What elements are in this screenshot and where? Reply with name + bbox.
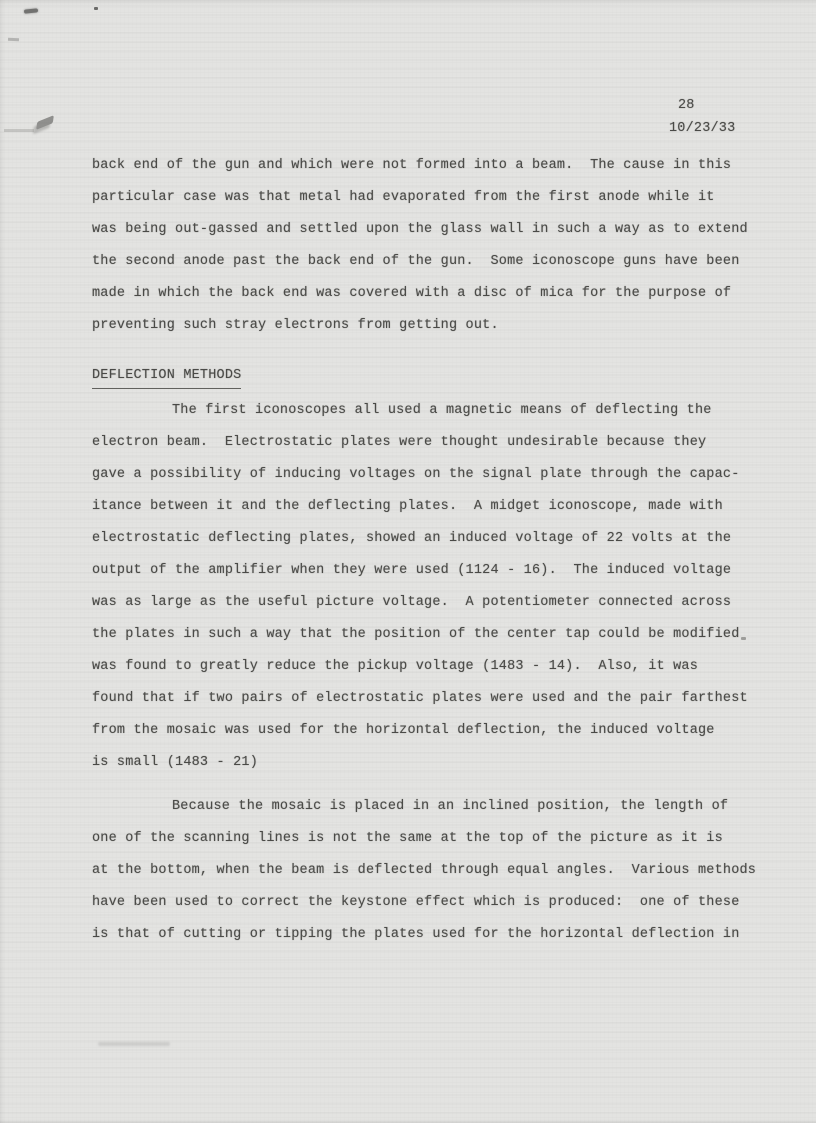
page-header: 28 10/23/33 bbox=[669, 94, 735, 140]
text-line: preventing such stray electrons from get… bbox=[92, 310, 764, 342]
text-line: was as large as the useful picture volta… bbox=[92, 587, 764, 619]
text-line: from the mosaic was used for the horizon… bbox=[92, 715, 764, 747]
paragraph-electrostatic-deflection: The first iconoscopes all used a magneti… bbox=[92, 395, 764, 779]
scan-artifact-squiggle bbox=[36, 115, 54, 130]
text-line: was being out-gassed and settled upon th… bbox=[92, 214, 764, 246]
text-line: output of the amplifier when they were u… bbox=[92, 555, 764, 587]
text-line: The first iconoscopes all used a magneti… bbox=[92, 395, 764, 427]
paragraph-keystone-effect: Because the mosaic is placed in an incli… bbox=[92, 791, 764, 951]
scan-artifact-bottom-smudge bbox=[98, 1042, 170, 1046]
text-line: electron beam. Electrostatic plates were… bbox=[92, 427, 764, 459]
text-line: back end of the gun and which were not f… bbox=[92, 150, 764, 182]
text-line: Because the mosaic is placed in an incli… bbox=[92, 791, 764, 823]
text-line: electrostatic deflecting plates, showed … bbox=[92, 523, 764, 555]
scan-edge-shade-left bbox=[0, 0, 5, 1123]
paragraph-gun-continued: back end of the gun and which were not f… bbox=[92, 150, 764, 342]
text-line: was found to greatly reduce the pickup v… bbox=[92, 651, 764, 683]
text-line: gave a possibility of inducing voltages … bbox=[92, 459, 764, 491]
text-line: found that if two pairs of electrostatic… bbox=[92, 683, 764, 715]
text-line: itance between it and the deflecting pla… bbox=[92, 491, 764, 523]
text-line: the second anode past the back end of th… bbox=[92, 246, 764, 278]
text-line: have been used to correct the keystone e… bbox=[92, 887, 764, 919]
scan-artifact-speck bbox=[94, 7, 98, 10]
section-heading-deflection-methods: DEFLECTION METHODS bbox=[92, 366, 241, 389]
page-number: 28 bbox=[669, 94, 735, 117]
text-line: at the bottom, when the beam is deflecte… bbox=[92, 855, 764, 887]
text-line: the plates in such a way that the positi… bbox=[92, 619, 764, 651]
scanned-document-page: 28 10/23/33 back end of the gun and whic… bbox=[0, 0, 816, 1123]
scan-edge-shade-bottom bbox=[0, 1119, 816, 1123]
scan-artifact-corner-dash bbox=[24, 8, 38, 13]
page-date: 10/23/33 bbox=[669, 117, 735, 140]
text-line: particular case was that metal had evapo… bbox=[92, 182, 764, 214]
scan-artifact-left-dash bbox=[8, 38, 19, 42]
text-line: made in which the back end was covered w… bbox=[92, 278, 764, 310]
text-line: is that of cutting or tipping the plates… bbox=[92, 919, 764, 951]
scan-artifact-left-streak bbox=[4, 129, 34, 132]
text-line: one of the scanning lines is not the sam… bbox=[92, 823, 764, 855]
text-line: is small (1483 - 21) bbox=[92, 747, 764, 779]
